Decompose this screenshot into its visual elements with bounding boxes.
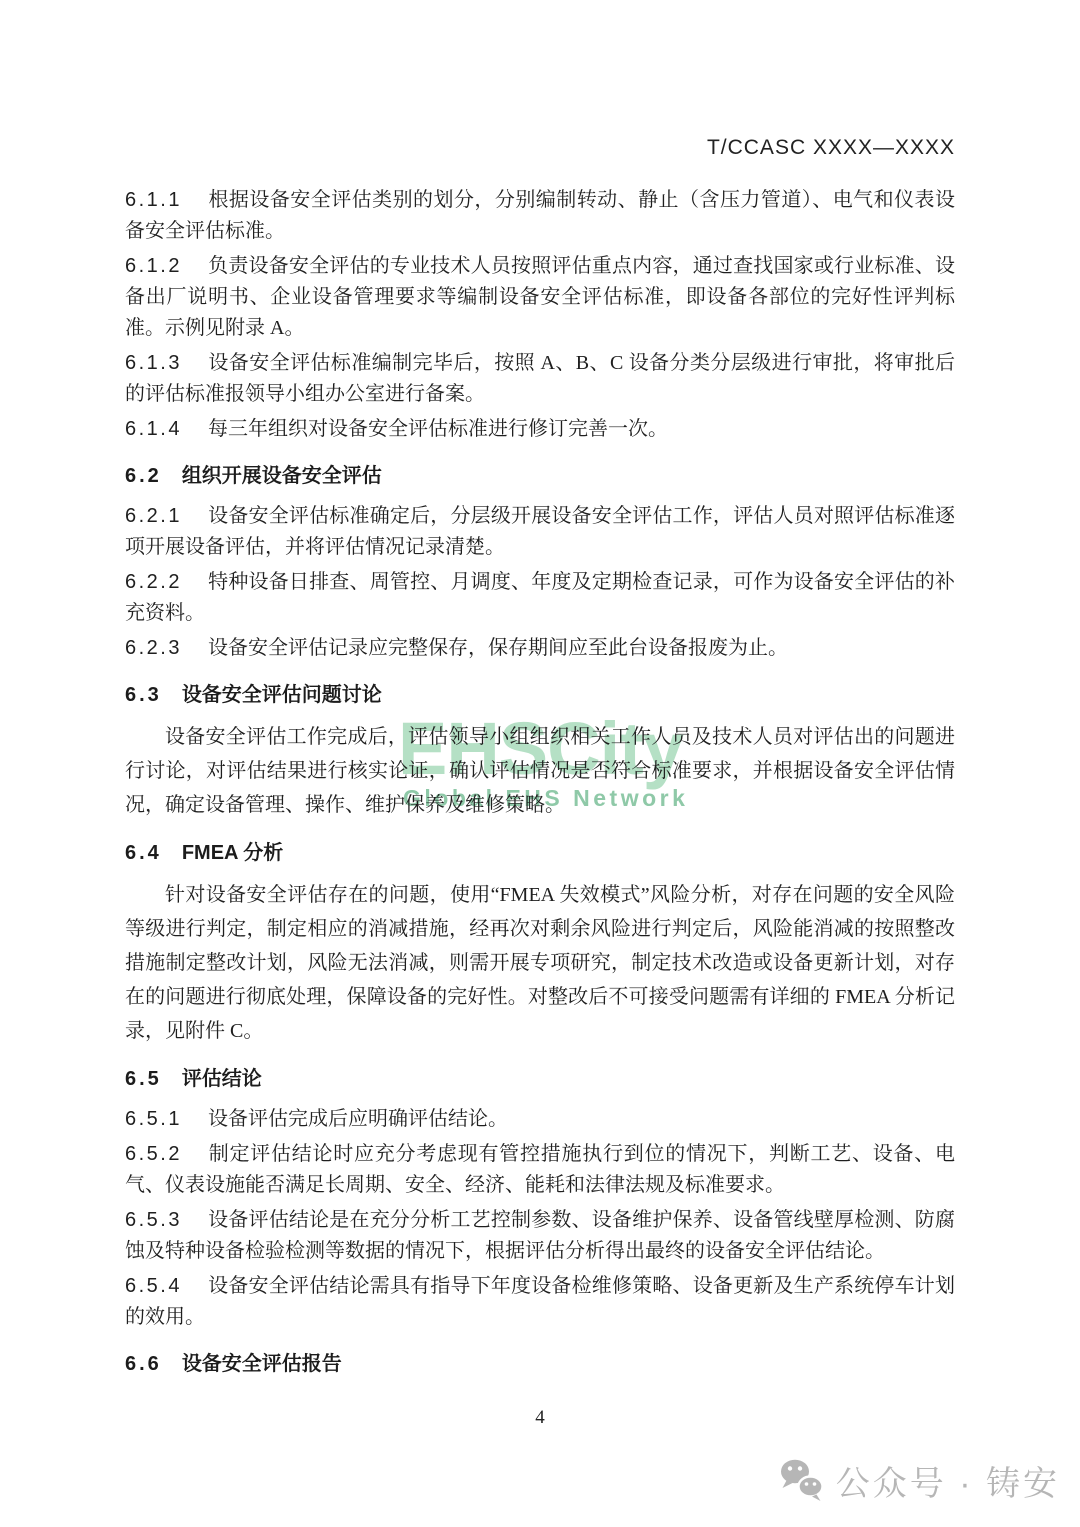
clause-text: 根据设备安全评估类别的划分，分别编制转动、静止（含压力管道）、电气和仪表设备安全… [125, 189, 955, 242]
clause-number: 6.5.4 [125, 1275, 182, 1297]
clause-number: 6.1.3 [125, 352, 182, 374]
section-title: 设备安全评估报告 [182, 1353, 342, 1375]
clause-text: 设备安全评估标准确定后，分层级开展设备安全评估工作，评估人员对照评估标准逐项开展… [125, 505, 955, 558]
clause-text: 设备安全评估记录应完整保存，保存期间应至此台设备报废为止。 [208, 637, 788, 659]
document-header: T/CCASC XXXX—XXXX [125, 135, 955, 161]
clause-number: 6.2.1 [125, 505, 182, 527]
clause-number: 6.2.3 [125, 637, 182, 659]
clause-number: 6.2.2 [125, 571, 182, 593]
clause-6-2-2: 6.2.2特种设备日排查、周管控、月调度、年度及定期检查记录，可作为设备安全评估… [125, 567, 955, 629]
section-title: 设备安全评估问题讨论 [182, 684, 382, 706]
clause-text: 特种设备日排查、周管控、月调度、年度及定期检查记录，可作为设备安全评估的补充资料… [125, 571, 955, 624]
clause-number: 6.5.3 [125, 1209, 182, 1231]
clause-text: 设备评估结论是在充分分析工艺控制参数、设备维护保养、设备管线壁厚检测、防腐蚀及特… [125, 1209, 955, 1262]
clause-number: 6.1.2 [125, 255, 182, 277]
section-number: 6.5 [125, 1068, 162, 1090]
section-number: 6.3 [125, 684, 162, 706]
clause-6-1-4: 6.1.4每三年组织对设备安全评估标准进行修订完善一次。 [125, 414, 955, 445]
standard-number: T/CCASC XXXX—XXXX [707, 136, 955, 159]
section-heading-6-6: 6.6设备安全评估报告 [125, 1349, 955, 1379]
clause-6-5-1: 6.5.1设备评估完成后应明确评估结论。 [125, 1104, 955, 1135]
clause-number: 6.1.1 [125, 189, 182, 211]
section-heading-6-2: 6.2组织开展设备安全评估 [125, 461, 955, 491]
page-number: 4 [125, 1407, 955, 1429]
clause-text: 每三年组织对设备安全评估标准进行修订完善一次。 [208, 418, 668, 440]
section-number: 6.2 [125, 465, 162, 487]
clause-number: 6.1.4 [125, 418, 182, 440]
clause-text: 负责设备安全评估的专业技术人员按照评估重点内容，通过查找国家或行业标准、设备出厂… [125, 255, 955, 339]
clause-6-1-1: 6.1.1根据设备安全评估类别的划分，分别编制转动、静止（含压力管道）、电气和仪… [125, 185, 955, 247]
page-body: T/CCASC XXXX—XXXX 6.1.1根据设备安全评估类别的划分，分别编… [0, 0, 1080, 1429]
wechat-official-account-badge: 公众号 · 铸安 [778, 1456, 1060, 1505]
paragraph-6-4: 针对设备安全评估存在的问题，使用“FMEA 失效模式”风险分析，对存在问题的安全… [125, 878, 955, 1048]
clause-number: 6.5.2 [125, 1143, 182, 1165]
section-heading-6-3: 6.3设备安全评估问题讨论 [125, 680, 955, 710]
document-page: EHSCity Global EHS Network T/CCASC XXXX—… [0, 0, 1080, 1527]
clause-6-5-3: 6.5.3设备评估结论是在充分分析工艺控制参数、设备维护保养、设备管线壁厚检测、… [125, 1205, 955, 1267]
clause-number: 6.5.1 [125, 1108, 182, 1130]
clause-text: 制定评估结论时应充分考虑现有管控措施执行到位的情况下，判断工艺、设备、电气、仪表… [125, 1143, 955, 1196]
clause-6-5-2: 6.5.2制定评估结论时应充分考虑现有管控措施执行到位的情况下，判断工艺、设备、… [125, 1139, 955, 1201]
clause-6-2-1: 6.2.1设备安全评估标准确定后，分层级开展设备安全评估工作，评估人员对照评估标… [125, 501, 955, 563]
clause-6-5-4: 6.5.4设备安全评估结论需具有指导下年度设备检维修策略、设备更新及生产系统停车… [125, 1271, 955, 1333]
section-title: 评估结论 [182, 1068, 262, 1090]
section-number: 6.6 [125, 1353, 162, 1375]
section-title: 组织开展设备安全评估 [182, 465, 382, 487]
section-heading-6-5: 6.5评估结论 [125, 1064, 955, 1094]
document-content: 6.1.1根据设备安全评估类别的划分，分别编制转动、静止（含压力管道）、电气和仪… [125, 185, 955, 1429]
clause-6-1-2: 6.1.2负责设备安全评估的专业技术人员按照评估重点内容，通过查找国家或行业标准… [125, 251, 955, 344]
paragraph-6-3: 设备安全评估工作完成后，评估领导小组组织相关工作人员及技术人员对评估出的问题进行… [125, 720, 955, 822]
wechat-account-label: 公众号 · 铸安 [836, 1456, 1060, 1505]
wechat-icon [778, 1457, 826, 1505]
clause-6-2-3: 6.2.3设备安全评估记录应完整保存，保存期间应至此台设备报废为止。 [125, 633, 955, 664]
clause-text: 设备评估完成后应明确评估结论。 [208, 1108, 508, 1130]
section-heading-6-4: 6.4FMEA 分析 [125, 838, 955, 868]
section-title: FMEA 分析 [182, 842, 283, 864]
clause-6-1-3: 6.1.3设备安全评估标准编制完毕后，按照 A、B、C 设备分类分层级进行审批，… [125, 348, 955, 410]
section-number: 6.4 [125, 842, 162, 864]
clause-text: 设备安全评估标准编制完毕后，按照 A、B、C 设备分类分层级进行审批，将审批后的… [125, 352, 955, 405]
clause-text: 设备安全评估结论需具有指导下年度设备检维修策略、设备更新及生产系统停车计划的效用… [125, 1275, 955, 1328]
